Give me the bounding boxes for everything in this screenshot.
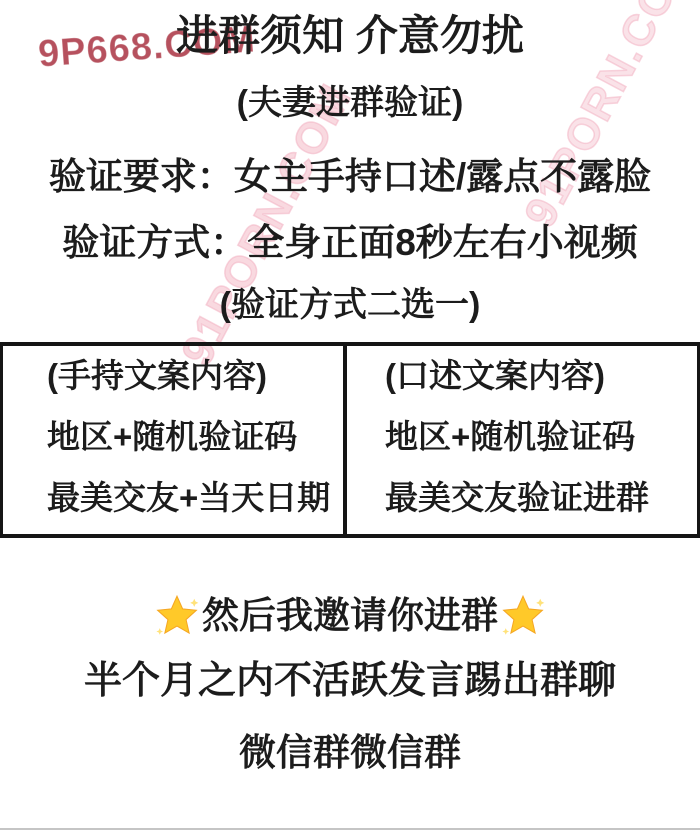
handheld-script-column: (手持文案内容) 地区+随机验证码 最美交友+当天日期 [3, 346, 347, 534]
column-line: 最美交友验证进群 [385, 478, 697, 518]
verification-method-line: 验证方式：全身正面8秒左右小视频 [0, 221, 700, 265]
choose-one-line: (验证方式二选一) [0, 284, 700, 326]
page-title: 进群须知 介意勿扰 [0, 12, 700, 60]
notice-content: 进群须知 介意勿扰 (夫妻进群验证) 验证要求：女主手持口述/露点不露脸 验证方… [0, 0, 700, 840]
column-header: (手持文案内容) [47, 356, 343, 396]
invite-text: 然后我邀请你进群 [202, 592, 498, 640]
column-line: 地区+随机验证码 [385, 417, 697, 457]
glowing-star-icon [154, 593, 200, 639]
column-line: 最美交友+当天日期 [47, 478, 343, 518]
column-line: 地区+随机验证码 [47, 417, 343, 457]
oral-script-column: (口述文案内容) 地区+随机验证码 最美交友验证进群 [347, 346, 697, 534]
subtitle-couple-verification: (夫妻进群验证) [0, 82, 700, 124]
invite-line: 然后我邀请你进群 [0, 592, 700, 640]
column-header: (口述文案内容) [385, 356, 697, 396]
group-notice-image: 9P668.COM 91PORN.COM 91PORN.COM 进群须知 介意勿… [0, 0, 700, 840]
glowing-star-icon [500, 593, 546, 639]
wechat-group-line: 微信群微信群 [0, 731, 700, 775]
inactivity-kick-rule-line: 半个月之内不活跃发言踢出群聊 [0, 659, 700, 703]
bottom-edge-line [0, 828, 700, 830]
verification-requirement-line: 验证要求：女主手持口述/露点不露脸 [0, 155, 700, 199]
verification-table: (手持文案内容) 地区+随机验证码 最美交友+当天日期 (口述文案内容) 地区+… [0, 342, 700, 538]
